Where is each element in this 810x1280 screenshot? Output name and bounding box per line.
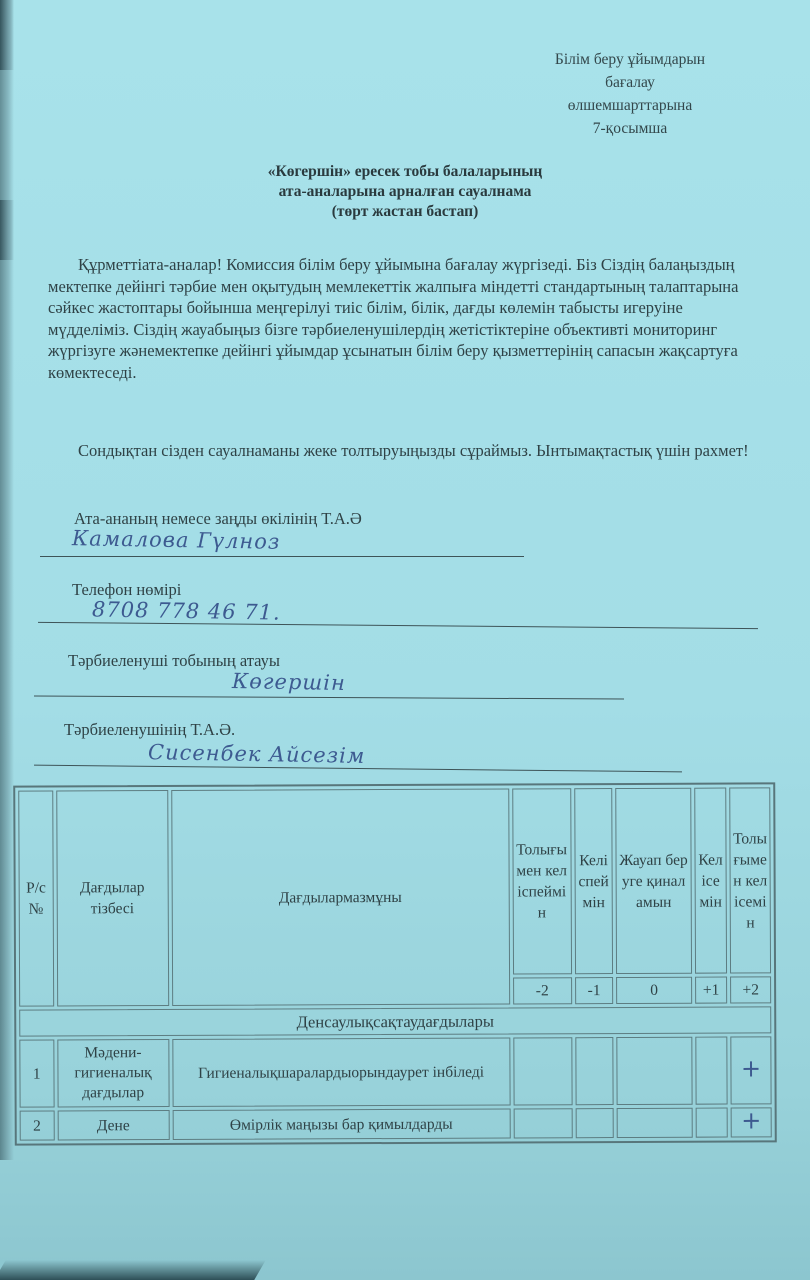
thanks-paragraph: Сондықтан сізден сауалнаманы жеке толтыр…: [48, 440, 768, 462]
rating-cell[interactable]: [575, 1108, 614, 1138]
table-row: 1 Мәдени-гигиеналық дағдылар Гигиеналықш…: [19, 1036, 771, 1107]
rating-cell[interactable]: [513, 1108, 572, 1138]
title-line: ата-аналарына арналған сауалнама: [150, 182, 660, 202]
child-name-value[interactable]: Сисенбек Айсезім: [148, 740, 366, 768]
group-name-value[interactable]: Көгершін: [232, 669, 346, 695]
page-edge-shadow: [0, 0, 14, 70]
rating-cell[interactable]: [695, 1108, 728, 1138]
score-plus-2: +2: [730, 976, 771, 1003]
score-minus-2: -2: [513, 977, 572, 1004]
document-page: Білім беру ұйымдарын бағалау өлшемшартта…: [0, 0, 810, 1280]
group-name-line: [34, 695, 624, 699]
title-line: «Көгершін» ересек тобы балаларының: [150, 162, 660, 182]
row-skill: Дене: [57, 1110, 169, 1140]
section-title: Денсаулықсақтаудағдылары: [19, 1006, 771, 1036]
header-num: Р/с №: [18, 790, 54, 1006]
title-line: (төрт жастан бастап): [150, 202, 660, 222]
row-num: 2: [20, 1110, 55, 1140]
table-header-row: Р/с № Дағдылар тізбесі Дағдыларма­змұны …: [18, 787, 771, 976]
row-content: Өмірлік маңызы бар қимылдарды: [172, 1108, 510, 1139]
intro-text: Құрметтіата-аналар! Комиссия білім беру …: [48, 255, 738, 382]
header-scale-strongly-agree: Толығымен келісемін: [729, 787, 771, 973]
child-name-label: Тәрбиеленушінің Т.А.Ә.: [64, 720, 235, 740]
intro-paragraph: Құрметтіата-аналар! Комиссия білім беру …: [48, 254, 768, 383]
row-num: 1: [19, 1039, 54, 1107]
header-skill-content: Дағдыларма­змұны: [171, 789, 510, 1006]
row-skill: Мәдени-гигиеналық дағдылар: [57, 1039, 169, 1107]
header-scale-neutral: Жауап беруге қиналамын: [616, 788, 692, 974]
rating-cell-checked[interactable]: +: [731, 1107, 772, 1137]
phone-line: [38, 622, 758, 629]
header-skill-list: Дағдылар тізбесі: [56, 790, 169, 1006]
page-edge-shadow: [0, 200, 14, 260]
appendix-line: 7-қосымша: [500, 117, 760, 140]
phone-value[interactable]: 8708 778 46 71.: [92, 597, 281, 624]
page-edge-shadow: [0, 0, 14, 1160]
appendix-note: Білім беру ұйымдарын бағалау өлшемшартта…: [500, 48, 760, 140]
section-row: Денсаулықсақтаудағдылары: [19, 1006, 771, 1036]
page-bottom-shadow: [0, 1260, 266, 1280]
rating-cell[interactable]: [617, 1037, 693, 1105]
appendix-line: өлшемшарттарына: [500, 94, 760, 117]
appendix-line: бағалау: [500, 71, 760, 94]
header-scale-strongly-disagree: Толығымен келіспеймін: [512, 788, 572, 974]
score-0: 0: [616, 977, 691, 1004]
group-name-label: Тәрбиеленуші тобының атауы: [68, 651, 280, 671]
appendix-line: Білім беру ұйымдарын: [500, 48, 760, 71]
score-minus-1: -1: [575, 977, 614, 1004]
survey-title: «Көгершін» ересек тобы балаларының ата-а…: [150, 162, 660, 222]
rating-cell[interactable]: [575, 1037, 614, 1105]
header-scale-disagree: Келіспеймін: [574, 788, 613, 974]
table-row: 2 Дене Өмірлік маңызы бар қимылдарды +: [20, 1107, 772, 1140]
header-scale-agree: Келісемін: [694, 788, 727, 974]
rating-cell[interactable]: [617, 1108, 692, 1138]
thanks-text: Сондықтан сізден сауалнаманы жеке толтыр…: [78, 441, 749, 460]
rating-cell[interactable]: [695, 1037, 728, 1105]
parent-name-line: [40, 556, 524, 557]
survey-table: Р/с № Дағдылар тізбесі Дағдыларма­змұны …: [13, 782, 777, 1145]
score-plus-1: +1: [695, 977, 728, 1004]
rating-cell[interactable]: [513, 1037, 572, 1105]
parent-name-value[interactable]: Камалова Гүлноз: [72, 526, 281, 554]
row-content: Гигиеналықшаралардыорындаурет інбіледі: [172, 1037, 510, 1106]
rating-cell-checked[interactable]: +: [731, 1036, 772, 1104]
